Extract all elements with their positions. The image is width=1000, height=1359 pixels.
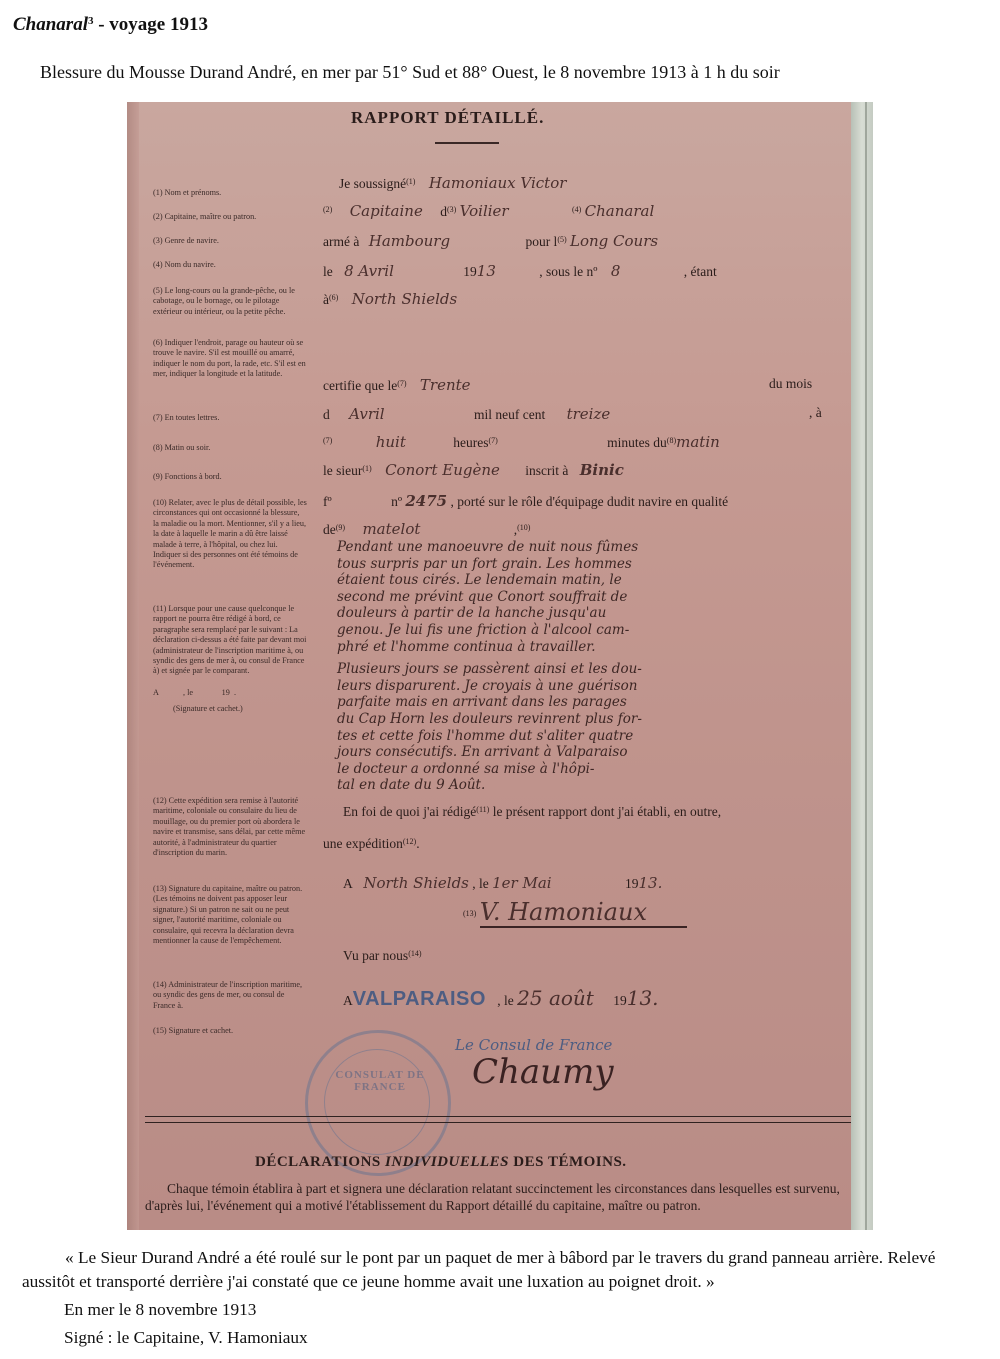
- narrative-line: douleurs à partir de la hanche jusqu'au: [337, 605, 857, 622]
- field-ship-type: Voilier: [460, 202, 509, 220]
- signed-line: Signé : le Capitaine, V. Hamoniaux: [64, 1328, 308, 1348]
- field-hour: huit: [376, 433, 406, 451]
- label-a-closing: A: [343, 876, 352, 891]
- witness-quote: « Le Sieur Durand André a été roulé sur …: [22, 1246, 977, 1294]
- captain-signature: V. Hamoniaux: [480, 898, 687, 928]
- label-vu-par-nous: Vu par nous: [343, 948, 408, 963]
- note-5: (5) Le long-cours ou la grande-pêche, ou…: [153, 286, 307, 317]
- note-2: (2) Capitaine, maître ou patron.: [153, 212, 307, 222]
- subtitle: Blessure du Mousse Durand André, en mer …: [40, 62, 780, 83]
- note-13: (13) Signature du capitaine, maître ou p…: [153, 884, 307, 946]
- section-divider: [145, 1116, 851, 1123]
- field-name: Hamoniaux Victor: [429, 174, 567, 192]
- narrative-line: genou. Je lui fis une friction à l'alcoo…: [337, 622, 857, 639]
- label-role-equipage: , porté sur le rôle d'équipage dudit nav…: [451, 494, 729, 509]
- note-10: (10) Relater, avec le plus de détail pos…: [153, 498, 307, 571]
- label-le-visa: , le: [497, 993, 514, 1008]
- note-9: (9) Fonctions à bord.: [153, 472, 307, 482]
- label-comma-a: , à: [809, 405, 822, 421]
- narrative-line: phré et l'homme continua à travailler.: [337, 639, 857, 656]
- label-le-sieur: le sieur: [323, 463, 362, 478]
- field-registered-at: Binic: [580, 461, 624, 479]
- field-number: 8: [611, 262, 621, 280]
- label-folio: fº: [323, 494, 332, 509]
- label-present-rapport: le présent rapport dont j'ai établi, en …: [493, 804, 721, 819]
- consul-signature: Chaumy: [472, 1052, 614, 1092]
- narrative-line: parfaite mais en arrivant dans les parag…: [337, 694, 857, 711]
- field-period: matin: [676, 433, 720, 451]
- narrative-line: tal en date du 9 Août.: [337, 777, 857, 794]
- label-heures: heures: [453, 435, 488, 450]
- label-closing-year-prefix: 19: [625, 876, 639, 891]
- note-11: (11) Lorsque pour une cause quelconque l…: [153, 604, 307, 677]
- field-closing-date: 1er Mai: [492, 874, 551, 892]
- label-sous-le-no: , sous le nº: [539, 264, 597, 279]
- note-4: (4) Nom du navire.: [153, 260, 307, 270]
- narrative-line: leurs disparurent. Je croyais à une guér…: [337, 678, 857, 695]
- field-closing-place: North Shields: [363, 874, 469, 892]
- label-minutes-du: minutes du: [607, 435, 667, 450]
- field-home-port: Hambourg: [369, 232, 450, 250]
- narrative-line: tous surpris par un fort grain. Les homm…: [337, 556, 857, 573]
- note-place-date: A , le 19 .: [153, 688, 307, 698]
- label-de-9: de: [323, 522, 336, 537]
- narrative-line: second me prévint que Conort souffrait d…: [337, 589, 857, 606]
- note-7: (7) En toutes lettres.: [153, 413, 307, 423]
- label-visa-year-prefix: 19: [613, 993, 627, 1008]
- title-rest: - voyage 1913: [93, 14, 208, 35]
- field-closing-year: 13.: [638, 874, 662, 892]
- paper-fold: [127, 102, 139, 1230]
- visa-place-stamp: VALPARAISO: [353, 988, 486, 1010]
- label-arme: armé à: [323, 234, 359, 249]
- heading-rule: [435, 142, 499, 144]
- seal-text: CONSULAT DE FRANCE: [320, 1069, 440, 1093]
- note-8: (8) Matin ou soir.: [153, 443, 307, 453]
- label-le-closing: , le: [472, 876, 489, 891]
- narrative-line: le docteur a ordonné sa mise à l'hôpi-: [337, 761, 857, 778]
- label-je-soussigne: Je soussigné: [339, 176, 406, 191]
- note-1: (1) Nom et prénoms.: [153, 188, 307, 198]
- label-no: nº: [391, 494, 402, 509]
- label-mil-neuf-cent: mil neuf cent: [474, 407, 545, 422]
- field-sailor: Conort Eugène: [385, 461, 500, 479]
- seal-inner-ring: [324, 1049, 430, 1155]
- label-le: le: [323, 264, 333, 279]
- label-expedition: une expédition: [323, 836, 403, 851]
- field-role: Capitaine: [350, 202, 423, 220]
- narrative-line: tes et cette fois l'homme dut s'aliter q…: [337, 728, 857, 745]
- ship-name: Chanaral: [13, 14, 88, 35]
- note-12: (12) Cette expédition sera remise à l'au…: [153, 796, 307, 858]
- label-d: d: [323, 407, 330, 422]
- field-day: Trente: [420, 376, 471, 394]
- paper-edge-line: [865, 102, 867, 1230]
- field-visa-date: 25 août: [517, 986, 594, 1010]
- label-certifie: certifie que le: [323, 378, 397, 393]
- narrative-line: étaient tous cirés. Le lendemain matin, …: [337, 572, 857, 589]
- field-year-words: treize: [567, 405, 611, 423]
- declarations-body: Chaque témoin établira à part et signera…: [145, 1180, 861, 1214]
- field-visa-year: 13.: [627, 986, 659, 1010]
- note-signature-cachet: (Signature et cachet.): [153, 704, 327, 714]
- label-a-visa: A: [343, 993, 353, 1008]
- label-inscrit: inscrit à: [525, 463, 568, 478]
- field-ship-name: Chanaral: [585, 202, 655, 220]
- field-year: 13: [477, 262, 496, 280]
- page-title: Chanaral3 - voyage 1913: [13, 14, 208, 36]
- document-photo: RAPPORT DÉTAILLÉ. (1) Nom et prénoms. (2…: [127, 102, 873, 1230]
- decl-heading-3: DES TÉMOINS.: [513, 1154, 626, 1170]
- label-year-prefix: 19: [463, 264, 477, 279]
- label-etant: , étant: [684, 264, 717, 279]
- decl-heading-1: DÉCLARATIONS: [255, 1154, 381, 1170]
- field-location: North Shields: [352, 290, 458, 308]
- note-3: (3) Genre de navire.: [153, 236, 307, 246]
- narrative-line: Plusieurs jours se passèrent ainsi et le…: [337, 661, 857, 678]
- narrative-line: Pendant une manoeuvre de nuit nous fûmes: [337, 539, 857, 556]
- label-en-foi: En foi de quoi j'ai rédigé: [343, 804, 476, 819]
- label-du-mois: du mois: [769, 376, 812, 392]
- narrative-line: jours consécutifs. En arrivant à Valpara…: [337, 744, 857, 761]
- label-de: d: [440, 204, 447, 219]
- narrative-line: du Cap Horn les douleurs revinrent plus …: [337, 711, 857, 728]
- field-depart-date: 8 Avril: [344, 262, 394, 280]
- decl-heading-2: INDIVIDUELLES: [385, 1154, 509, 1170]
- note-15: (15) Signature et cachet.: [153, 1026, 307, 1036]
- declarations-heading: DÉCLARATIONS INDIVIDUELLES DES TÉMOINS.: [255, 1154, 627, 1171]
- field-month: Avril: [349, 405, 384, 423]
- note-14: (14) Administrateur de l'inscription mar…: [153, 980, 307, 1011]
- document-heading: RAPPORT DÉTAILLÉ.: [351, 108, 544, 128]
- field-navigation: Long Cours: [570, 232, 658, 250]
- label-pour: pour l: [525, 234, 557, 249]
- narrative-handwritten: Pendant une manoeuvre de nuit nous fûmes…: [337, 539, 857, 794]
- field-reg-number: 2475: [405, 492, 447, 510]
- date-line: En mer le 8 novembre 1913: [64, 1300, 256, 1320]
- note-6: (6) Indiquer l'endroit, parage ou hauteu…: [153, 338, 307, 380]
- field-function: matelot: [362, 520, 420, 538]
